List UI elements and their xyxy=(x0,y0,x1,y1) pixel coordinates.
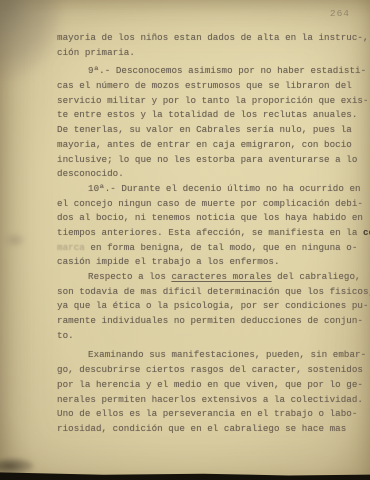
text-segment: go, descubrirse ciertos rasgos del carac… xyxy=(57,364,363,375)
text-segment: riosidad, condición que en el cabraliego… xyxy=(57,423,346,434)
text-segment: ramente individuales no permiten deducci… xyxy=(57,315,363,326)
text-segment: cas el número de mozos estrumosos que se… xyxy=(57,80,352,91)
text-segment: ción primaria. xyxy=(57,47,135,58)
text-segment: 10ª.- Durante el decenio último no ha oc… xyxy=(88,183,361,194)
text-segment: Uno de ellos es la perseverancia en el t… xyxy=(57,408,357,419)
text-segment: son todavia de mas dificil determinación… xyxy=(57,286,370,297)
text-line: Respecto a los caracteres morales del ca… xyxy=(57,270,370,285)
text-segment: 9ª.- Desconocemos asimismo por no haber … xyxy=(88,65,366,76)
text-segment: ya que la ética o la psicologia, por ser… xyxy=(57,300,369,311)
text-line: son todavia de mas dificil determinación… xyxy=(57,285,370,300)
text-segment: marca xyxy=(57,242,85,253)
text-line: dos al bocio, ni tenemos noticia que los… xyxy=(57,211,370,226)
text-segment: en forma benigna, de tal modo, que en ni… xyxy=(85,242,358,253)
text-line: desconocido. xyxy=(57,167,370,182)
text-line: riosidad, condición que en el cabraliego… xyxy=(57,422,370,437)
text-segment: te entre estos y la totalidad de los rec… xyxy=(57,109,357,120)
scanned-page: 264 mayoria de los niños estan dados de … xyxy=(0,0,370,480)
text-line: tiempos anteriores. Esta afección, se ma… xyxy=(57,226,370,241)
text-line: te entre estos y la totalidad de los rec… xyxy=(57,108,370,123)
text-segment: mayoria de los niños estan dados de alta… xyxy=(57,32,369,43)
text-segment: Examinando sus manifestaciones, pueden, … xyxy=(88,349,366,360)
text-line: ramente individuales no permiten deducci… xyxy=(57,314,370,329)
text-line: ya que la ética o la psicologia, por ser… xyxy=(57,299,370,314)
document-text: mayoria de los niños estan dados de alta… xyxy=(57,31,370,437)
text-segment: nerales permiten hacerlos extensivos a l… xyxy=(57,394,363,405)
text-line: 9ª.- Desconocemos asimismo por no haber … xyxy=(57,64,370,79)
text-line: Examinando sus manifestaciones, pueden, … xyxy=(57,348,370,363)
text-line: 10ª.- Durante el decenio último no ha oc… xyxy=(57,182,370,197)
text-line: De tenerlas, su valor en Cabrales sería … xyxy=(57,123,370,138)
text-line: nerales permiten hacerlos extensivos a l… xyxy=(57,393,370,408)
text-segment: casión impide el trabajo a los enfermos. xyxy=(57,256,280,267)
text-line: marca en forma benigna, de tal modo, que… xyxy=(57,241,370,256)
text-segment: inclusive; lo que no les estorba para av… xyxy=(57,154,357,165)
text-line: servicio militar y por lo tanto la propo… xyxy=(57,94,370,109)
text-segment: De tenerlas, su valor en Cabrales sería … xyxy=(57,124,352,135)
text-segment: mayoria, antes de entrar en caja emigrar… xyxy=(57,139,352,150)
text-segment: el concejo ningun caso de muerte por com… xyxy=(57,198,363,209)
text-line: go, descubrirse ciertos rasgos del carac… xyxy=(57,363,370,378)
scan-stain-bottom-left xyxy=(0,458,34,474)
text-line: inclusive; lo que no les estorba para av… xyxy=(57,153,370,168)
text-segment: co xyxy=(363,227,370,238)
scan-stain-left-middle xyxy=(4,232,26,248)
text-line: mayoria de los niños estan dados de alta… xyxy=(57,31,370,46)
text-segment: dos al bocio, ni tenemos noticia que los… xyxy=(57,212,363,223)
text-line: cas el número de mozos estrumosos que se… xyxy=(57,79,370,94)
text-line: ción primaria. xyxy=(57,46,370,61)
text-segment: desconocido. xyxy=(57,168,124,179)
underlined-phrase: caracteres morales xyxy=(171,271,271,282)
text-segment: servicio militar y por lo tanto la propo… xyxy=(57,95,369,106)
text-segment: Respecto a los xyxy=(88,271,171,282)
scan-edge-bottom xyxy=(0,471,370,480)
text-line: to. xyxy=(57,329,370,344)
text-line: mayoria, antes de entrar en caja emigrar… xyxy=(57,138,370,153)
text-line: el concejo ningun caso de muerte por com… xyxy=(57,197,370,212)
text-segment: tiempos anteriores. Esta afección, se ma… xyxy=(57,227,363,238)
text-segment: to. xyxy=(57,330,74,341)
page-number: 264 xyxy=(330,8,350,19)
text-line: casión impide el trabajo a los enfermos. xyxy=(57,255,370,270)
text-line: Uno de ellos es la perseverancia en el t… xyxy=(57,407,370,422)
text-segment: del cabraliego, xyxy=(272,271,361,282)
text-segment: por la herencia y el medio en que viven,… xyxy=(57,379,363,390)
text-line: por la herencia y el medio en que viven,… xyxy=(57,378,370,393)
